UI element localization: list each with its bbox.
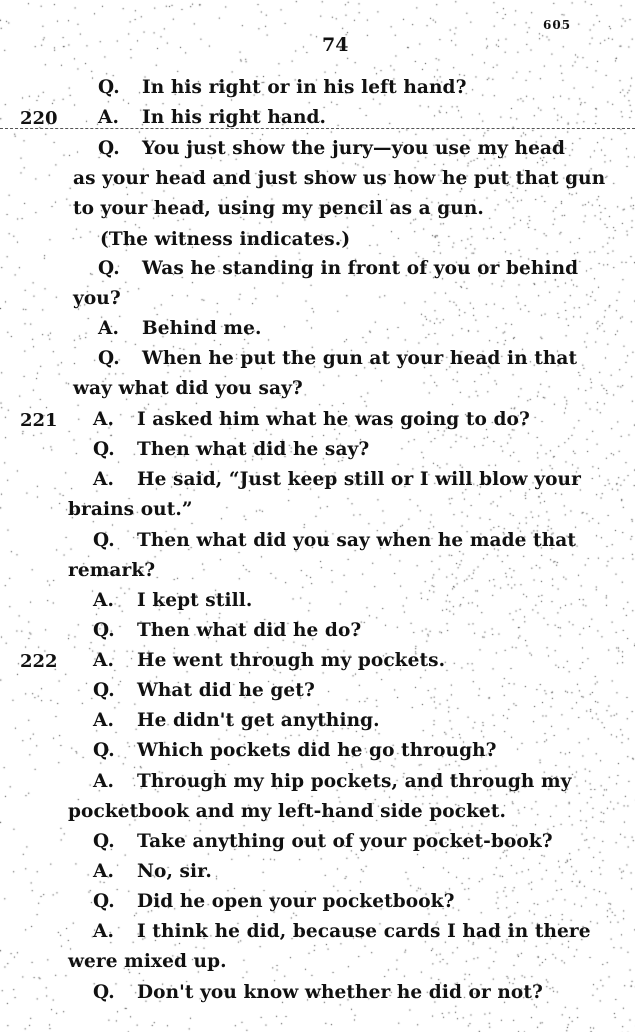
speaker-label: Q. [98,258,142,280]
page-number: 74 [322,34,348,56]
question-line: Q.Then what did he do? [93,620,361,642]
answer-line: A.No, sir. [93,861,212,883]
speaker-label: Q. [98,348,142,370]
line-text: I asked him what he was going to do? [137,409,530,430]
margin-number: 220 [20,108,58,129]
answer-line: A.Through my hip pockets, and through my [93,771,571,793]
speaker-label: Q. [93,620,137,642]
line-text: What did he get? [137,680,315,701]
answer-line: A.He said, “Just keep still or I will bl… [93,469,581,491]
continuation-line: as your head and just show us how he put… [73,168,605,190]
line-text: to your head, using my pencil as a gun. [73,198,484,219]
transcript-page: 605 74 Q.In his right or in his left han… [0,0,635,1032]
margin-number: 222 [20,651,58,672]
question-line: Q.Then what did you say when he made tha… [93,530,576,552]
continuation-line: to your head, using my pencil as a gun. [73,198,484,220]
question-line: Q.You just show the jury—you use my head [98,138,565,160]
line-text: pocketbook and my left-hand side pocket. [68,801,506,822]
margin-number: 221 [20,410,58,431]
line-text: brains out.” [68,499,193,520]
speaker-label: A. [98,318,142,340]
speaker-label: Q. [98,77,142,99]
line-text: Through my hip pockets, and through my [137,771,571,792]
speaker-label: A. [98,107,142,129]
line-text: No, sir. [137,861,212,882]
line-text: When he put the gun at your head in that [142,348,577,369]
line-text: He said, “Just keep still or I will blow… [137,469,581,490]
continuation-line: pocketbook and my left-hand side pocket. [68,801,506,823]
speaker-label: Q. [93,530,137,552]
answer-line: A.He went through my pockets. [93,650,445,672]
speaker-label: A. [93,921,137,943]
question-line: Q.Take anything out of your pocket-book? [93,831,553,853]
line-text: You just show the jury—you use my head [142,138,565,159]
line-text: Then what did he say? [137,439,369,460]
question-line: Q.Then what did he say? [93,439,369,461]
answer-line: A.I asked him what he was going to do? [93,409,530,431]
line-text: remark? [68,560,155,581]
line-text: way what did you say? [73,378,303,399]
line-text: In his right or in his left hand? [142,77,467,98]
line-text: (The witness indicates.) [100,229,350,250]
answer-line: A.He didn't get anything. [93,710,380,732]
line-text: Don't you know whether he did or not? [137,982,543,1003]
question-line: Q.Did he open your pocketbook? [93,891,455,913]
answer-line: A.In his right hand. [98,107,326,129]
speaker-label: A. [93,650,137,672]
speaker-label: A. [93,861,137,883]
line-text: I think he did, because cards I had in t… [137,921,591,942]
question-line: Q.Don't you know whether he did or not? [93,982,543,1004]
line-text: He didn't get anything. [137,710,380,731]
answer-line: A.I kept still. [93,590,252,612]
line-text: I kept still. [137,590,252,611]
speaker-label: Q. [93,439,137,461]
line-text: He went through my pockets. [137,650,445,671]
speaker-label: A. [93,469,137,491]
line-text: as your head and just show us how he put… [73,168,605,189]
speaker-label: Q. [98,138,142,160]
answer-line: A.Behind me. [98,318,262,340]
line-text: were mixed up. [68,951,227,972]
line-text: In his right hand. [142,107,326,128]
line-text: Did he open your pocketbook? [137,891,455,912]
answer-line: A.I think he did, because cards I had in… [93,921,591,943]
continuation-line: brains out.” [68,499,193,521]
corner-mark: 605 [543,18,571,32]
line-text: Which pockets did he go through? [137,740,497,761]
speaker-label: Q. [93,982,137,1004]
speaker-label: Q. [93,740,137,762]
question-line: Q.Which pockets did he go through? [93,740,497,762]
line-text: Take anything out of your pocket-book? [137,831,553,852]
question-line: Q.Was he standing in front of you or beh… [98,258,578,280]
question-line: Q.What did he get? [93,680,315,702]
question-line: Q.When he put the gun at your head in th… [98,348,577,370]
continuation-line: (The witness indicates.) [100,229,350,251]
line-text: Was he standing in front of you or behin… [142,258,578,279]
speaker-label: A. [93,409,137,431]
continuation-line: you? [73,288,121,310]
line-text: Behind me. [142,318,262,339]
line-text: you? [73,288,121,309]
speaker-label: Q. [93,680,137,702]
question-line: Q.In his right or in his left hand? [98,77,467,99]
continuation-line: were mixed up. [68,951,227,973]
continuation-line: way what did you say? [73,378,303,400]
speaker-label: A. [93,771,137,793]
speaker-label: Q. [93,831,137,853]
speaker-label: A. [93,710,137,732]
speaker-label: Q. [93,891,137,913]
line-text: Then what did you say when he made that [137,530,576,551]
speaker-label: A. [93,590,137,612]
line-text: Then what did he do? [137,620,361,641]
continuation-line: remark? [68,560,155,582]
